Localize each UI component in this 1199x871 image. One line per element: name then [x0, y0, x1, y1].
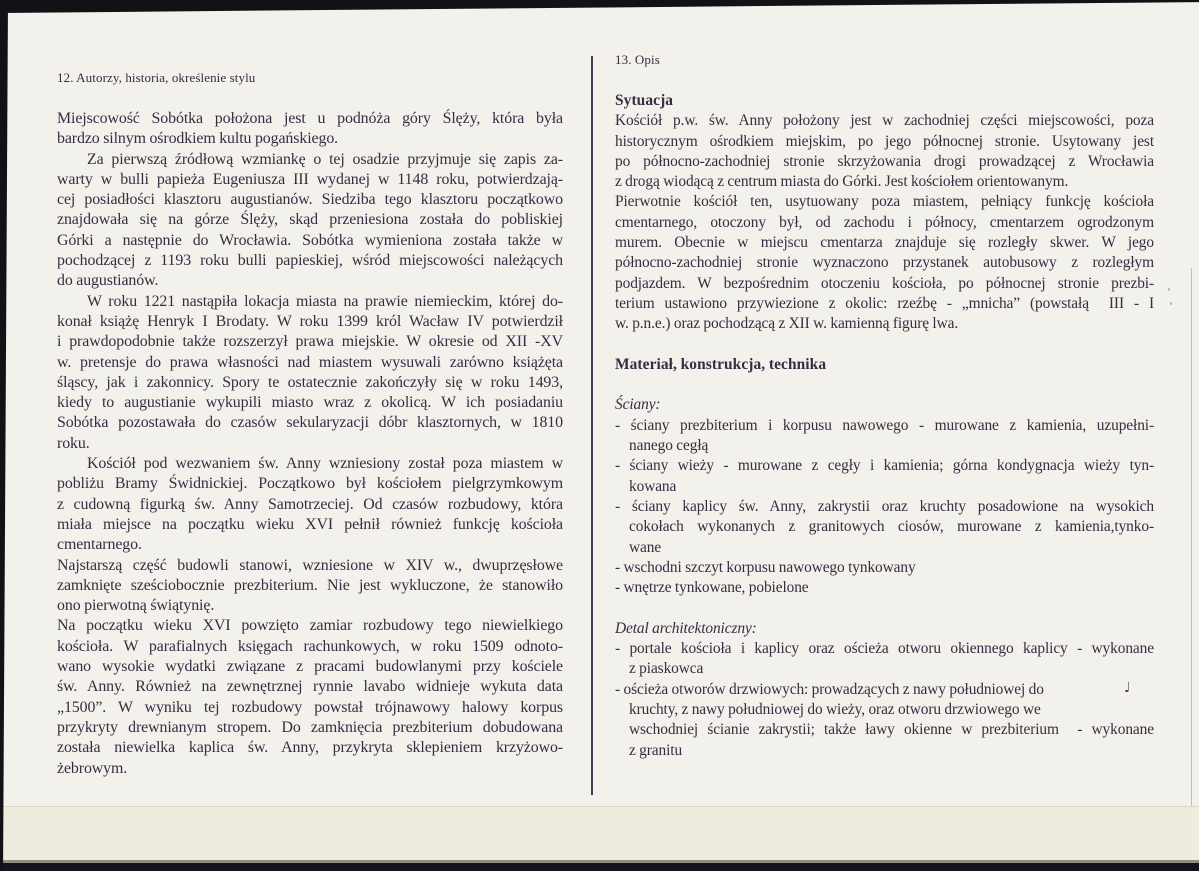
text-line: Górki a następnie do Wrocławia. Sobótka …	[57, 231, 563, 251]
text-line: przykryty drewnianym stropem. Do zamknię…	[57, 718, 563, 738]
margin-tick-mark: ♩	[1124, 680, 1131, 696]
text-line: i prawdopodobnie także rozszerzył prawa …	[57, 332, 563, 352]
paragraph: Za pierwszą źródłową wzmiankę o tej osad…	[57, 150, 563, 292]
scanned-page: 12. Autorzy, historia, określenie stylu …	[0, 0, 1199, 871]
text-line: w. pretensje do prawa własności nad mias…	[57, 353, 563, 373]
list-item: - ościeża otworów drzwiowych: prowadzący…	[615, 680, 1154, 761]
text-line: wschodniej ścianie zakrystii; także ławy…	[615, 720, 1154, 740]
text-line: zamknięte sześciobocznie prezbiterium. N…	[57, 576, 563, 596]
text-line: warty w bulli papieża Eugeniusza III wyd…	[57, 170, 563, 190]
text-line: W roku 1221 nastąpiła lokacja miasta na …	[57, 292, 563, 312]
text-line	[615, 335, 1154, 355]
column-divider-line	[591, 56, 593, 795]
paper-bottom-edge-band	[0, 806, 1199, 861]
list-item: - ściany kaplicy św. Anny, zakrystii ora…	[615, 497, 1154, 558]
list-item: - ściany wieży - murowane z cegły i kami…	[615, 456, 1154, 497]
text-line: po północno-zachodniej stronie skrzyżowa…	[615, 152, 1154, 172]
scanner-bed-left-edge	[0, 0, 8, 871]
text-line: - ściany kaplicy św. Anny, zakrystii ora…	[615, 497, 1154, 517]
right-column-text: SytuacjaKościół p.w. św. Anny położony j…	[615, 91, 1154, 761]
text-line: z cudowną figurką św. Anny Samotrzeciej.…	[57, 495, 563, 515]
text-line: Materiał, konstrukcja, technika	[615, 355, 1154, 375]
text-line: - wnętrze tynkowane, pobielone	[615, 578, 1154, 598]
text-line: - wschodni szczyt korpusu nawowego tynko…	[615, 558, 1154, 578]
section-heading: Materiał, konstrukcja, technika	[615, 355, 1154, 375]
text-line: wane	[615, 538, 1154, 558]
text-line: kościoła. W parafialnych księgach rachun…	[57, 637, 563, 657]
scanner-bed-top-edge	[0, 0, 1199, 13]
text-line: została niewielka kaplica św. Anny, przy…	[57, 738, 563, 758]
text-line: śląscy, jak i zakonnicy. Spory te ostate…	[57, 373, 563, 393]
list-item: - wnętrze tynkowane, pobielone	[615, 578, 1154, 598]
text-line: bardzo silnym ośrodkiem kultu pogańskieg…	[57, 129, 563, 149]
text-line: Sytuacja	[615, 91, 1154, 111]
text-line: z piaskowca	[615, 659, 1154, 679]
text-line: nanego cegłą	[615, 436, 1154, 456]
list-item: - portale kościoła i kaplicy oraz oścież…	[615, 639, 1154, 680]
text-line: do augustianów.	[57, 271, 563, 291]
text-line: z granitu	[615, 741, 1154, 761]
right-section-header: 13. Opis	[615, 52, 660, 68]
paragraph: Najstarszą część budowli stanowi, wznies…	[57, 556, 563, 617]
text-line: - ościeża otworów drzwiowych: prowadzący…	[615, 680, 1154, 700]
text-line: kiedy to augustianie wykupili miasto wra…	[57, 393, 563, 413]
text-line: roku.	[57, 434, 563, 454]
paragraph: Na początku wieku XVI powzięto zamiar ro…	[57, 616, 563, 778]
text-line: św. Anny. Również na zewnętrznej rynnie …	[57, 677, 563, 697]
text-line: konał książę Henryk I Brodaty. W roku 13…	[57, 312, 563, 332]
scan-speck	[1170, 302, 1172, 305]
text-line: Ściany:	[615, 395, 1154, 415]
text-line: kruchty, z nawy południowej do wieży, or…	[615, 700, 1154, 720]
text-line: Kościół pod wezwaniem św. Anny wzniesion…	[57, 454, 563, 474]
spacer	[615, 598, 1154, 618]
scan-edge-line	[1191, 268, 1192, 860]
text-line: z drogą wiodącą z centrum miasta do Górk…	[615, 172, 1154, 192]
text-line: cokołach wykonanych z granitowych ciosów…	[615, 517, 1154, 537]
text-line: terium ustawiono przywiezione z okolic: …	[615, 294, 1154, 314]
text-line: pochodzącej z 1193 roku bulli papieskiej…	[57, 251, 563, 271]
text-line: Detal architektoniczny:	[615, 619, 1154, 639]
paragraph: Kościół pod wezwaniem św. Anny wzniesion…	[57, 454, 563, 555]
text-line: - portale kościoła i kaplicy oraz oścież…	[615, 639, 1154, 659]
text-line: cej posiadłości klasztoru augustianów. S…	[57, 190, 563, 210]
list-item: - wschodni szczyt korpusu nawowego tynko…	[615, 558, 1154, 578]
paragraph: Miejscowość Sobótka położona jest u podn…	[57, 109, 563, 150]
spacer	[615, 375, 1154, 395]
paragraph: W roku 1221 nastąpiła lokacja miasta na …	[57, 292, 563, 454]
text-line: „1500”. W wyniku tej rozbudowy powstał t…	[57, 698, 563, 718]
text-line	[615, 598, 1154, 618]
text-line: w. p.n.e.) oraz pochodzącą z XII w. kami…	[615, 314, 1154, 334]
text-line: murem. Obecnie w miejscu cmentarza znajd…	[615, 233, 1154, 253]
text-line: cmentarnego.	[57, 535, 563, 555]
text-line: żebrowym.	[57, 759, 563, 779]
text-line: kowana	[615, 477, 1154, 497]
left-section-header: 12. Autorzy, historia, określenie stylu	[57, 70, 255, 86]
text-line: podjazdem. W bezpośrednim otoczeniu kośc…	[615, 274, 1154, 294]
text-line	[615, 375, 1154, 395]
text-line: pobliżu Bramy Świdnickiej. Początkowo by…	[57, 474, 563, 494]
text-line: - ściany wieży - murowane z cegły i kami…	[615, 456, 1154, 476]
text-line: Miejscowość Sobótka położona jest u podn…	[57, 109, 563, 129]
subsection-heading: Detal architektoniczny:	[615, 619, 1154, 639]
subsection-heading: Ściany:	[615, 395, 1154, 415]
text-line: Kościół p.w. św. Anny położony jest w za…	[615, 111, 1154, 131]
text-line: znajdowała się na górze Ślęży, skąd prze…	[57, 210, 563, 230]
left-column-text: Miejscowość Sobótka położona jest u podn…	[57, 109, 563, 779]
text-line: miała miejsce na początku wieku XVI pełn…	[57, 515, 563, 535]
scanner-bed-strip	[0, 860, 1199, 871]
text-line: historycznym ośrodkiem miejskim, po jego…	[615, 132, 1154, 152]
text-line: północno-zachodniej stronie wyznaczono p…	[615, 253, 1154, 273]
text-line: Najstarszą część budowli stanowi, wznies…	[57, 556, 563, 576]
text-line: Za pierwszą źródłową wzmiankę o tej osad…	[57, 150, 563, 170]
paragraph: Kościół p.w. św. Anny położony jest w za…	[615, 111, 1154, 192]
text-line: Na początku wieku XVI powzięto zamiar ro…	[57, 616, 563, 636]
text-line: wano wysokie wydatki związane z pracami …	[57, 657, 563, 677]
spacer	[615, 335, 1154, 355]
paragraph: Pierwotnie kościół ten, usytuowany poza …	[615, 192, 1154, 334]
text-line: cmentarnego, otoczony był, od zachodu i …	[615, 213, 1154, 233]
text-line: - ściany prezbiterium i korpusu nawowego…	[615, 416, 1154, 436]
section-heading: Sytuacja	[615, 91, 1154, 111]
text-line: ono pierwotną świątynię.	[57, 596, 563, 616]
scan-speck	[1168, 288, 1170, 291]
text-line: Pierwotnie kościół ten, usytuowany poza …	[615, 192, 1154, 212]
text-line: Sobótka pozostawała do czasów sekularyza…	[57, 413, 563, 433]
list-item: - ściany prezbiterium i korpusu nawowego…	[615, 416, 1154, 457]
